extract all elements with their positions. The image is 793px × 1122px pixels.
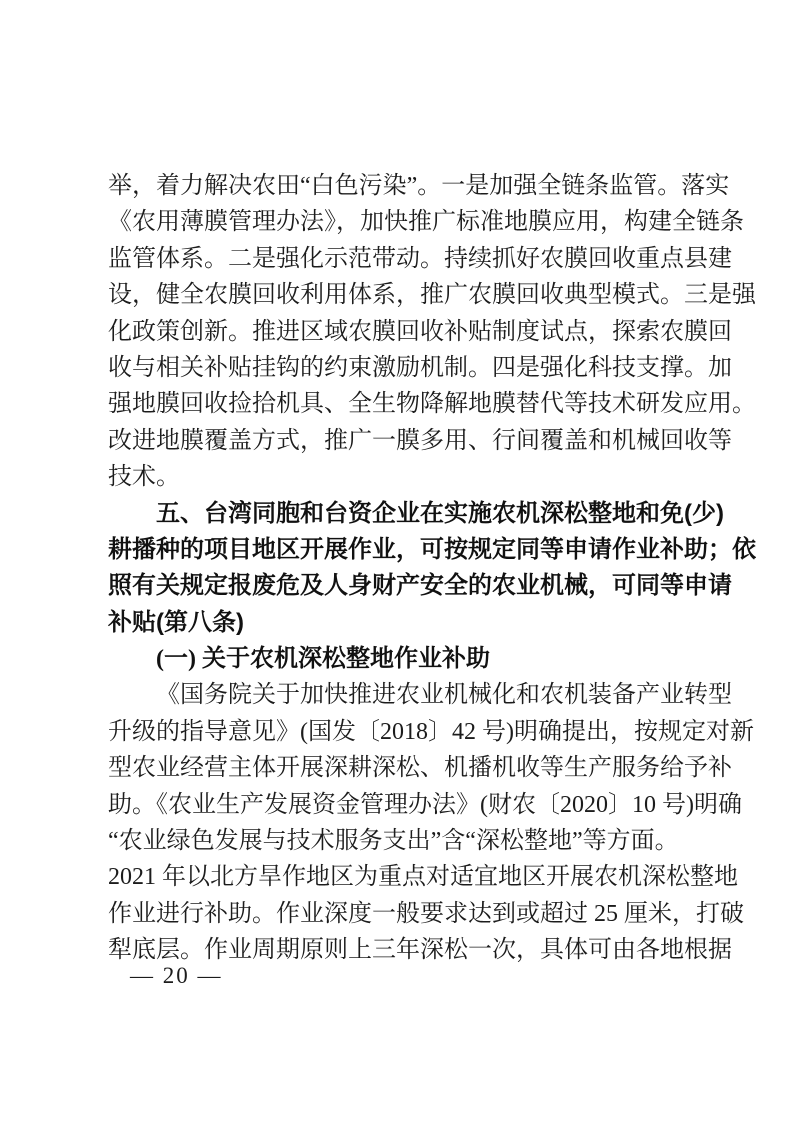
bold-paragraph-line: 照有关规定报废危及人身财产安全的农业机械，可同等申请	[108, 568, 676, 604]
section-heading: (一) 关于农机深松整地作业补助	[108, 641, 676, 677]
bold-paragraph-line: 补贴(第八条)	[108, 605, 676, 641]
text-line: 设，健全农膜回收利用体系，推广农膜回收典型模式。三是强	[108, 277, 676, 313]
bold-paragraph-line: 五、台湾同胞和台资企业在实施农机深松整地和免(少)	[108, 496, 676, 532]
text-line: 型农业经营主体开展深耕深松、机播机收等生产服务给予补	[108, 750, 676, 786]
text-line: 助。《农业生产发展资金管理办法》(财农〔2020〕10 号)明确	[108, 787, 676, 823]
text-line: 强地膜回收捡拾机具、全生物降解地膜替代等技术研发应用。	[108, 386, 676, 422]
text-line: 改进地膜覆盖方式，推广一膜多用、行间覆盖和机械回收等	[108, 423, 676, 459]
bold-paragraph-line: 耕播种的项目地区开展作业，可按规定同等申请作业补助；依	[108, 532, 676, 568]
text-line: 技术。	[108, 459, 676, 495]
text-line: 举，着力解决农田“白色污染”。一是加强全链条监管。落实	[108, 168, 676, 204]
document-body: 举，着力解决农田“白色污染”。一是加强全链条监管。落实 《农用薄膜管理办法》，加…	[108, 168, 676, 969]
text-line: 收与相关补贴挂钩的约束激励机制。四是强化科技支撑。加	[108, 350, 676, 386]
text-line: 作业进行补助。作业深度一般要求达到或超过 25 厘米，打破	[108, 896, 676, 932]
text-line: 监管体系。二是强化示范带动。持续抓好农膜回收重点县建	[108, 241, 676, 277]
page-number: — 20 —	[130, 963, 223, 989]
text-line: 升级的指导意见》(国发〔2018〕42 号)明确提出，按规定对新	[108, 714, 676, 750]
text-line: 《农用薄膜管理办法》，加快推广标准地膜应用，构建全链条	[108, 204, 676, 240]
text-line: 2021 年以北方旱作地区为重点对适宜地区开展农机深松整地	[108, 859, 676, 895]
text-line: “农业绿色发展与技术服务支出”含“深松整地”等方面。	[108, 823, 676, 859]
text-line: 化政策创新。推进区域农膜回收补贴制度试点，探索农膜回	[108, 314, 676, 350]
document-page: 举，着力解决农田“白色污染”。一是加强全链条监管。落实 《农用薄膜管理办法》，加…	[0, 0, 793, 1122]
text-line: 《国务院关于加快推进农业机械化和农机装备产业转型	[108, 677, 676, 713]
